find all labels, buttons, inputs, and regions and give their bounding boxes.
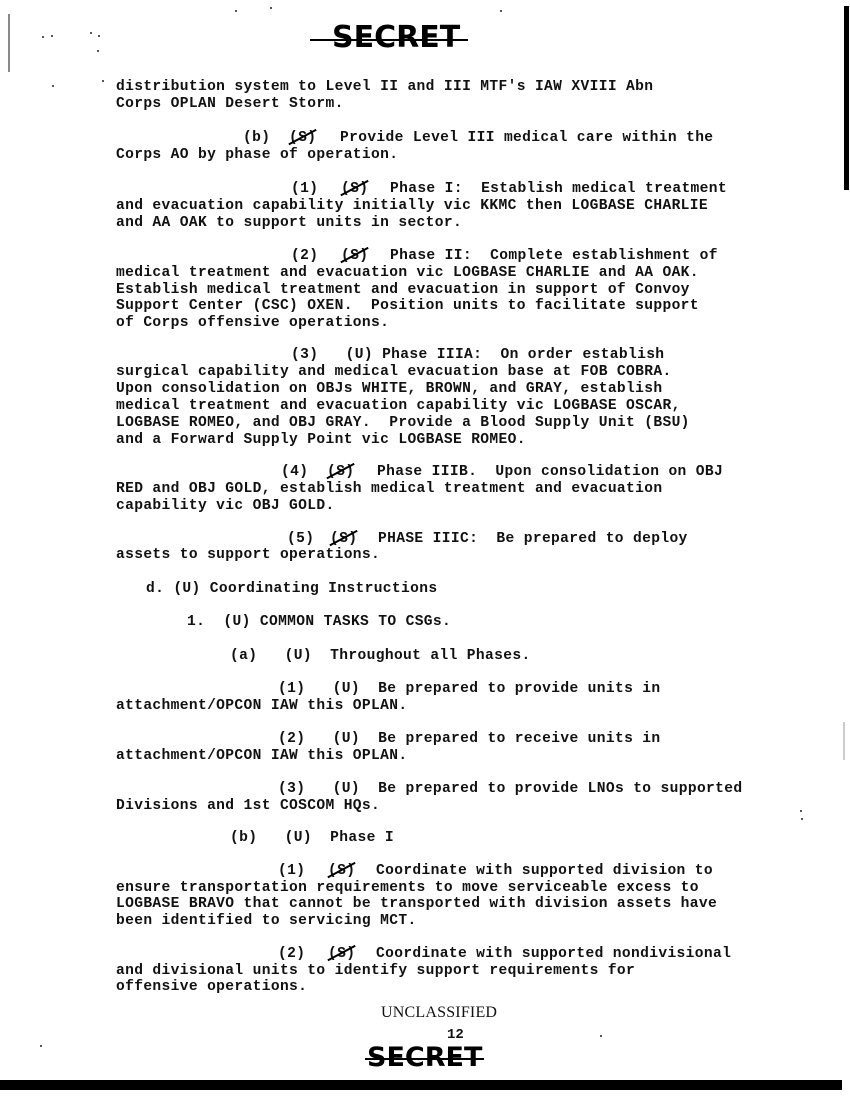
body-line: (2) — [291, 248, 318, 265]
body-line: (1) (U) Be prepared to provide units in — [278, 681, 661, 698]
classification-marker-struck: (S) — [341, 181, 368, 198]
change-bar-faint — [843, 722, 845, 760]
classification-marker-struck: (S) — [327, 464, 354, 481]
body-line: 1. (U) COMMON TASKS TO CSGs. — [187, 614, 451, 631]
body-line: medical treatment and evacuation vic LOG… — [116, 265, 699, 282]
struck-marker-text: (S) — [341, 248, 368, 265]
footer-marking: UNCLASSIFIED — [381, 1004, 497, 1022]
scan-speck — [801, 818, 803, 820]
page-number: 12 — [447, 1027, 464, 1043]
body-line: medical treatment and evacuation capabil… — [116, 398, 681, 415]
struck-marker-text: (S) — [328, 863, 355, 880]
body-line-continuation: Coordinate with supported division to — [376, 863, 713, 880]
body-line: surgical capability and medical evacuati… — [116, 364, 672, 381]
body-line: of Corps offensive operations. — [116, 315, 389, 332]
body-line: and evacuation capability initially vic … — [116, 198, 708, 215]
body-line-continuation: Phase I: Establish medical treatment — [390, 181, 727, 198]
body-line: RED and OBJ GOLD, establish medical trea… — [116, 481, 662, 498]
classification-strikethrough — [310, 39, 468, 41]
struck-marker-text: (S) — [341, 181, 368, 198]
body-line: assets to support operations. — [116, 547, 380, 564]
body-line: (1) — [291, 181, 318, 198]
body-line-continuation: Coordinate with supported nondivisional — [376, 946, 731, 963]
body-line: Corps AO by phase of operation. — [116, 147, 398, 164]
scan-speck — [235, 10, 237, 12]
header-classification: SECRET — [332, 20, 460, 55]
body-line: (5) — [287, 531, 314, 548]
body-line: (3) (U) Phase IIIA: On order establish — [291, 347, 664, 364]
body-line: offensive operations. — [116, 979, 307, 996]
body-line: (2) — [278, 946, 305, 963]
body-line: (4) — [281, 464, 308, 481]
scan-speck — [98, 35, 100, 37]
scan-speck — [90, 32, 92, 34]
classification-marker-struck: (S) — [330, 531, 357, 548]
body-line: LOGBASE ROMEO, and OBJ GRAY. Provide a B… — [116, 415, 690, 432]
body-line: and divisional units to identify support… — [116, 963, 635, 980]
body-line: LOGBASE BRAVO that cannot be transported… — [116, 896, 717, 913]
classification-marker-struck: (S) — [328, 863, 355, 880]
scan-speck — [500, 10, 502, 12]
body-line: and AA OAK to support units in sector. — [116, 215, 462, 232]
body-line: capability vic OBJ GOLD. — [116, 498, 335, 515]
body-line: Divisions and 1st COSCOM HQs. — [116, 798, 380, 815]
classification-marker-struck: (S) — [289, 130, 316, 147]
classification-strikethrough — [365, 1058, 484, 1060]
body-line: attachment/OPCON IAW this OPLAN. — [116, 698, 407, 715]
body-line: (2) (U) Be prepared to receive units in — [278, 731, 661, 748]
scan-speck — [97, 50, 99, 52]
struck-marker-text: (S) — [327, 464, 354, 481]
scan-speck — [40, 1045, 42, 1047]
struck-marker-text: (S) — [330, 531, 357, 548]
scan-speck — [270, 7, 272, 9]
body-line: distribution system to Level II and III … — [116, 79, 653, 96]
body-line-continuation: Phase II: Complete establishment of — [390, 248, 718, 265]
body-line-continuation: Phase IIIB. Upon consolidation on OBJ — [377, 464, 723, 481]
footer-classification: SECRET — [367, 1042, 482, 1073]
body-line: (b) (U) Phase I — [230, 830, 394, 847]
body-line: (1) — [278, 863, 305, 880]
scan-speck — [51, 35, 53, 37]
body-line: attachment/OPCON IAW this OPLAN. — [116, 748, 407, 765]
body-line: ensure transportation requirements to mo… — [116, 880, 699, 897]
classification-marker-struck: (S) — [328, 946, 355, 963]
struck-marker-text: (S) — [289, 130, 316, 147]
header-classification-text: SECRET — [332, 20, 460, 55]
scan-edge-mark — [8, 14, 10, 72]
body-line: and a Forward Supply Point vic LOGBASE R… — [116, 432, 526, 449]
body-line-continuation: Provide Level III medical care within th… — [340, 130, 713, 147]
scan-speck — [102, 80, 104, 82]
body-line: d. (U) Coordinating Instructions — [146, 581, 437, 598]
body-line: been identified to servicing MCT. — [116, 913, 417, 930]
scan-speck — [42, 36, 44, 38]
body-line: Support Center (CSC) OXEN. Position unit… — [116, 298, 699, 315]
scan-bottom-edge — [0, 1080, 842, 1090]
body-line: (3) (U) Be prepared to provide LNOs to s… — [278, 781, 743, 798]
body-line: Corps OPLAN Desert Storm. — [116, 96, 344, 113]
scan-speck — [52, 85, 54, 87]
body-line-continuation: PHASE IIIC: Be prepared to deploy — [378, 531, 688, 548]
scan-speck — [600, 1035, 602, 1037]
scan-speck — [800, 810, 802, 812]
document-page: SECRET distribution system to Level II a… — [0, 0, 850, 1097]
classification-marker-struck: (S) — [341, 248, 368, 265]
body-line: Establish medical treatment and evacuati… — [116, 282, 690, 299]
struck-marker-text: (S) — [328, 946, 355, 963]
body-line: (a) (U) Throughout all Phases. — [230, 648, 531, 665]
body-line: (b) — [243, 130, 270, 147]
body-line: Upon consolidation on OBJs WHITE, BROWN,… — [116, 381, 662, 398]
change-bar — [844, 6, 849, 190]
